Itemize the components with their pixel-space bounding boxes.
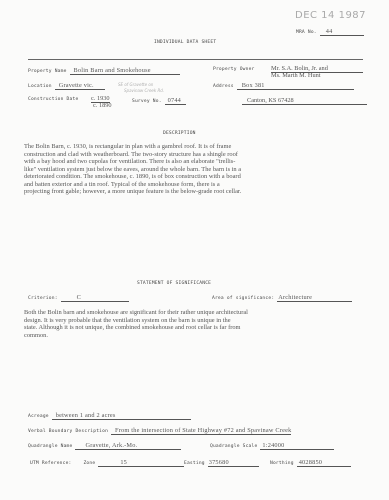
boundary-description-value: From the intersection of State Highway #… (111, 427, 291, 435)
location-label: Location (28, 84, 52, 89)
easting-field: Easting 375680 (184, 459, 259, 467)
address-value-2: Canton, KS 67428 (242, 97, 367, 105)
significance-text: Both the Bolin barn and smokehouse are s… (24, 309, 354, 339)
mra-number-field: MRA No. 44 (296, 28, 364, 36)
property-name-field: Property Name Bolin Barn and Smokehouse (28, 67, 180, 75)
acreage-label: Acreage (28, 414, 49, 419)
construction-date-label: Construction Date (28, 97, 78, 102)
location-field: Location Gravette vic. (28, 82, 105, 90)
criterion-value: C (61, 294, 129, 302)
page-title: INDIVIDUAL DATA SHEET (154, 40, 216, 45)
location-handwritten-note-2: Spavinaw Creek Rd. (124, 88, 164, 93)
quadrangle-name-value: Gravette, Ark.-Mo. (75, 442, 181, 450)
description-heading: DESCRIPTION (163, 131, 196, 136)
description-text: The Bolin Barn, c. 1930, is rectangular … (24, 143, 354, 196)
utm-reference-label: UTM Reference: (30, 461, 72, 466)
acreage-value: between 1 and 2 acres (52, 412, 191, 420)
data-sheet-page: DEC 14 1987 MRA No. 44 INDIVIDUAL DATA S… (0, 0, 389, 500)
easting-value: 375680 (208, 459, 259, 467)
construction-date-value-2: c. 1890 (93, 102, 112, 109)
boundary-description-label: Verbal Boundary Description (28, 429, 108, 434)
area-of-significance-value: Architecture (277, 294, 352, 302)
mra-value: 44 (320, 28, 364, 36)
address-line-2: Canton, KS 67428 (242, 97, 367, 105)
property-name-label: Property Name (28, 69, 67, 74)
mra-label: MRA No. (296, 30, 317, 35)
easting-label: Easting (184, 461, 205, 466)
divider-top (28, 59, 363, 60)
acreage-field: Acreage between 1 and 2 acres (28, 412, 191, 420)
property-name-value: Bolin Barn and Smokehouse (70, 67, 180, 75)
location-handwritten-note-1: SE of Gravette on (118, 82, 153, 87)
quadrangle-name-label: Quadrangle Name (28, 444, 73, 449)
survey-number-field: Survey No. 0744 (132, 97, 186, 105)
address-field: Address Box 381 (213, 82, 354, 90)
significance-heading: STATEMENT OF SIGNIFICANCE (137, 281, 211, 286)
northing-field: Northing 4028850 (270, 459, 351, 467)
address-value-1: Box 381 (237, 82, 354, 90)
survey-number-label: Survey No. (132, 99, 162, 104)
zone-label: Zone (83, 461, 95, 466)
survey-number-value: 0744 (165, 97, 186, 105)
area-of-significance-label: Area of significance: (212, 296, 274, 301)
northing-value: 4028850 (297, 459, 351, 467)
quadrangle-scale-label: Quadrangle Scale (210, 444, 257, 449)
criterion-label: Criterion: (28, 296, 58, 301)
criterion-field: Criterion: C (28, 294, 129, 302)
construction-date-field: Construction Date (28, 97, 78, 102)
received-date-stamp: DEC 14 1987 (295, 10, 366, 21)
address-label: Address (213, 84, 234, 89)
quadrangle-scale-value: 1:24000 (260, 442, 334, 450)
location-value: Gravette vic. (55, 82, 105, 90)
boundary-description-field: Verbal Boundary Description From the int… (28, 427, 291, 435)
area-of-significance-field: Area of significance: Architecture (212, 294, 352, 302)
quadrangle-name-field: Quadrangle Name Gravette, Ark.-Mo. (28, 442, 181, 450)
utm-reference-field: UTM Reference: Zone 15 (30, 459, 184, 467)
property-owner-field: Property Owner (213, 67, 255, 72)
property-owner-label: Property Owner (213, 67, 255, 72)
zone-value: 15 (98, 459, 184, 467)
property-owner-value-2: Ms. Marth M. Hunt (271, 72, 321, 79)
northing-label: Northing (270, 461, 294, 466)
quadrangle-scale-field: Quadrangle Scale 1:24000 (210, 442, 334, 450)
